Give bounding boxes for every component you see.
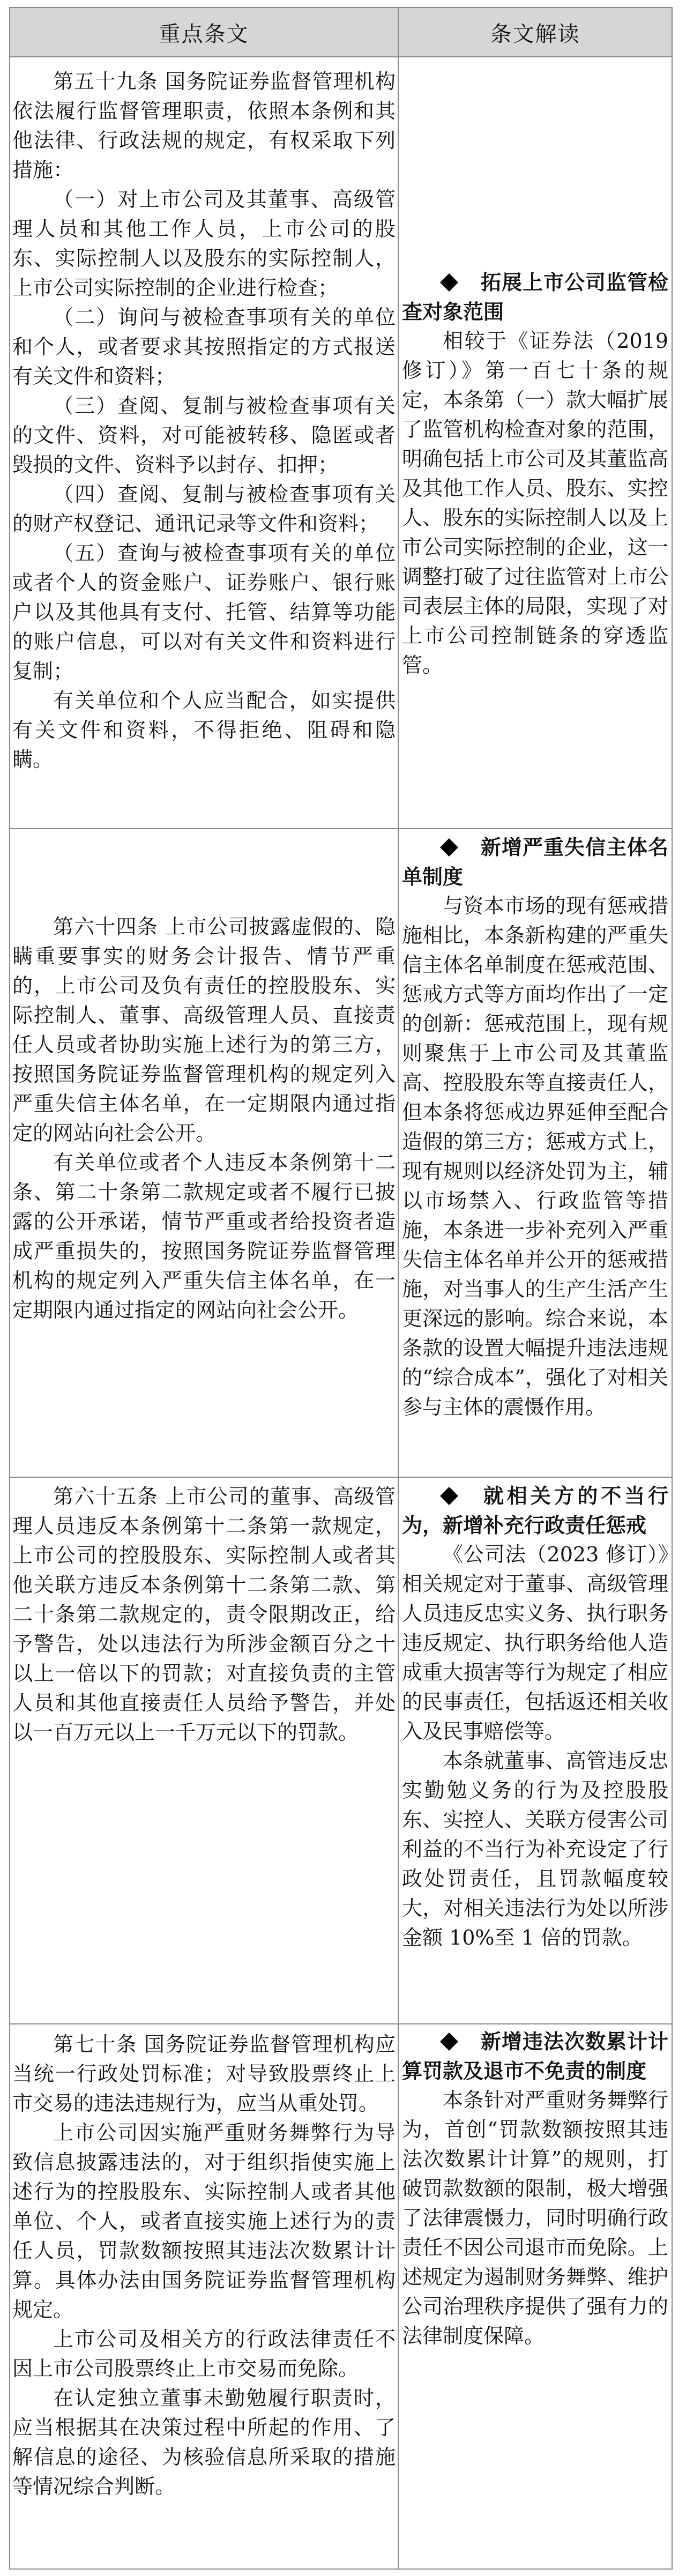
diamond-bullet-icon xyxy=(440,273,458,292)
article-cell: 第六十四条 上市公司披露虚假的、隐瞒重要事实的财务会计报告、情节严重的，上市公司… xyxy=(10,829,399,1477)
interpretation-heading: 新增严重失信主体名单制度 xyxy=(402,832,668,891)
table-row: 第七十条 国务院证券监督管理机构应当统一行政处罚标准；对导致股票终止上市交易的违… xyxy=(10,2023,672,2568)
article-cell: 第五十九条 国务院证券监督管理机构依法履行监督管理职责，依照本条例和其他法律、行… xyxy=(10,57,399,828)
diamond-bullet-icon xyxy=(440,2032,458,2051)
article-cell: 第七十条 国务院证券监督管理机构应当统一行政处罚标准；对导致股票终止上市交易的违… xyxy=(10,2024,399,2568)
interpretation-cell: 新增严重失信主体名单制度 与资本市场的现有惩戒措施相比，本条新构建的严重失信主体… xyxy=(399,829,672,1477)
article-paragraph: （一）对上市公司及其董事、高级管理人员和其他工作人员，上市公司的股东、实际控制人… xyxy=(12,185,396,303)
diamond-bullet-icon xyxy=(440,838,458,857)
interpretation-paragraph: 本条就董事、高管违反忠实勤勉义务的行为及控股股东、实控人、关联方侵害公司利益的不… xyxy=(402,1746,668,1953)
article-paragraph: （三）查阅、复制与被检查事项有关的文件、资料，对可能被转移、隐匿或者毁损的文件、… xyxy=(12,391,396,480)
header-interpretation: 条文解读 xyxy=(399,8,672,56)
interpretation-paragraph: 《公司法（2023 修订）》相关规定对于董事、高级管理人员违反忠实义务、执行职务… xyxy=(402,1540,668,1746)
interpretation-title: 新增严重失信主体名单制度 xyxy=(402,835,668,889)
article-cell: 第六十五条 上市公司的董事、高级管理人员违反本条例第十二条第一款规定，上市公司的… xyxy=(10,1478,399,2023)
interpretation-heading: 就相关方的不当行为，新增补充行政责任惩戒 xyxy=(402,1481,668,1540)
article-paragraph: 有关单位和个人应当配合，如实提供有关文件和资料，不得拒绝、阻碍和隐瞒。 xyxy=(12,686,396,775)
interpretation-paragraph: 相较于《证券法（2019修订）》第一百七十条的规定，本条第（一）款大幅扩展了监管… xyxy=(402,326,668,680)
interpretation-title: 就相关方的不当行为，新增补充行政责任惩戒 xyxy=(402,1484,668,1537)
article-paragraph: 第六十四条 上市公司披露虚假的、隐瞒重要事实的财务会计报告、情节严重的，上市公司… xyxy=(12,912,396,1148)
interpretation-paragraph: 与资本市场的现有惩戒措施相比，本条新构建的严重失信主体名单制度在惩戒范围、惩戒方… xyxy=(402,891,668,1422)
diamond-bullet-icon xyxy=(440,1487,458,1505)
article-paragraph: （四）查阅、复制与被检查事项有关的财产权登记、通讯记录等文件和资料； xyxy=(12,480,396,539)
table-row: 第六十四条 上市公司披露虚假的、隐瞒重要事实的财务会计报告、情节严重的，上市公司… xyxy=(10,828,672,1477)
table-header: 重点条文 条文解读 xyxy=(10,8,672,56)
interpretation-cell: 新增违法次数累计计算罚款及退市不免责的制度 本条针对严重财务舞弊行为，首创“罚款… xyxy=(399,2024,672,2568)
article-paragraph: 第七十条 国务院证券监督管理机构应当统一行政处罚标准；对导致股票终止上市交易的违… xyxy=(12,2030,396,2118)
interpretation-cell: 就相关方的不当行为，新增补充行政责任惩戒 《公司法（2023 修订）》相关规定对… xyxy=(399,1478,672,2023)
article-paragraph: 第五十九条 国务院证券监督管理机构依法履行监督管理职责，依照本条例和其他法律、行… xyxy=(12,67,396,185)
article-paragraph: 第六十五条 上市公司的董事、高级管理人员违反本条例第十二条第一款规定，上市公司的… xyxy=(12,1482,396,1747)
interpretation-title: 新增违法次数累计计算罚款及退市不免责的制度 xyxy=(402,2029,668,2083)
interpretation-heading: 新增违法次数累计计算罚款及退市不免责的制度 xyxy=(402,2027,668,2086)
interpretation-heading: 拓展上市公司监管检查对象范围 xyxy=(402,267,668,326)
table-row: 第六十五条 上市公司的董事、高级管理人员违反本条例第十二条第一款规定，上市公司的… xyxy=(10,1477,672,2023)
interpretation-paragraph: 本条针对严重财务舞弊行为，首创“罚款数额按照其违法次数累计计算”的规则，打破罚款… xyxy=(402,2086,668,2351)
article-paragraph: 上市公司因实施严重财务舞弊行为导致信息披露违法的，对于组织指使实施上述行为的控股… xyxy=(12,2118,396,2325)
article-paragraph: 上市公司及相关方的行政法律责任不因上市公司股票终止上市交易而免除。 xyxy=(12,2325,396,2384)
header-key-articles: 重点条文 xyxy=(10,8,399,56)
article-paragraph: （五）查询与被检查事项有关的单位或者个人的资金账户、证券账户、银行账户以及其他具… xyxy=(12,539,396,686)
regulation-table: 重点条文 条文解读 第五十九条 国务院证券监督管理机构依法履行监督管理职责，依照… xyxy=(9,7,673,2570)
interpretation-cell: 拓展上市公司监管检查对象范围 相较于《证券法（2019修订）》第一百七十条的规定… xyxy=(399,57,672,828)
article-paragraph: 有关单位或者个人违反本条例第十二条、第二十条第二款规定或者不履行已披露的公开承诺… xyxy=(12,1148,396,1325)
interpretation-title: 拓展上市公司监管检查对象范围 xyxy=(402,270,668,324)
table-row: 第五十九条 国务院证券监督管理机构依法履行监督管理职责，依照本条例和其他法律、行… xyxy=(10,56,672,828)
article-paragraph: （二）询问与被检查事项有关的单位和个人，或者要求其按照指定的方式报送有关文件和资… xyxy=(12,303,396,391)
article-paragraph: 在认定独立董事未勤勉履行职责时，应当根据其在决策过程中所起的作用、了解信息的途径… xyxy=(12,2384,396,2501)
